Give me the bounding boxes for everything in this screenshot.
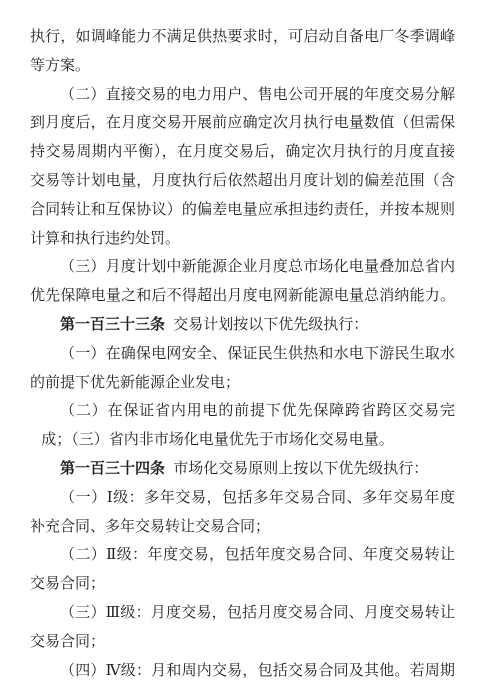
text-line: 交易合同； (30, 627, 455, 656)
line-text: 交易等计划电量，月度执行后依然超出月度计划的偏差范围（含 (30, 171, 455, 189)
line-text: 计算和执行违约处罚。 (30, 229, 180, 247)
line-text: 补充合同、多年交易转让交易合同； (30, 517, 270, 535)
line-text: 交易计划按以下优先级执行： (173, 315, 368, 333)
text-line: 到月度后，在月度交易开展前应确定次月执行电量数值（但需保 (30, 108, 455, 137)
text-line: （三）Ⅲ级：月度交易，包括月度交易合同、月度交易转让 (30, 598, 455, 627)
text-line: 优先保障电量之和后不得超出月度电网新能源电量总消纳能力。 (30, 281, 455, 310)
text-line: （一）Ⅰ级：多年交易，包括多年交易合同、多年交易年度 (30, 483, 455, 512)
text-line: （二）Ⅱ级：年度交易，包括年度交易合同、年度交易转让 (30, 540, 455, 569)
text-line: （四）Ⅳ级：月和周内交易，包括交易合同及其他。若周期 (30, 656, 455, 685)
line-text: 优先保障电量之和后不得超出月度电网新能源电量总消纳能力。 (30, 286, 455, 304)
line-text: （三）Ⅲ级：月度交易，包括月度交易合同、月度交易转让 (60, 603, 455, 621)
text-line: 的前提下优先新能源企业发电； (30, 368, 455, 397)
line-text: 执行，如调峰能力不满足供热要求时，可启动自备电厂冬季调峰 (30, 27, 455, 45)
line-text: （一）在确保电网安全、保证民生供热和水电下游民生取水 (60, 344, 455, 362)
line-text: 的前提下优先新能源企业发电； (30, 373, 240, 391)
line-text: （三）月度计划中新能源企业月度总市场化电量叠加总省内 (60, 257, 455, 275)
text-line: 执行，如调峰能力不满足供热要求时，可启动自备电厂冬季调峰 (30, 22, 455, 51)
text-line: （二）直接交易的电力用户、售电公司开展的年度交易分解 (30, 80, 455, 109)
line-text: （二）Ⅱ级：年度交易，包括年度交易合同、年度交易转让 (60, 545, 455, 563)
text-line: 交易等计划电量，月度执行后依然超出月度计划的偏差范围（含 (30, 166, 455, 195)
text-line: 计算和执行违约处罚。 (30, 224, 455, 253)
line-text: 成；（三）省内非市场化电量优先于市场化交易电量。 (41, 430, 394, 448)
text-line: 等方案。 (30, 51, 455, 80)
line-text: 到月度后，在月度交易开展前应确定次月执行电量数值（但需保 (30, 113, 455, 131)
text-line: （二）在保证省内用电的前提下优先保障跨省跨区交易完 (30, 396, 455, 425)
text-line: 成；（三）省内非市场化电量优先于市场化交易电量。 (30, 425, 455, 454)
line-text: 交易合同； (30, 574, 105, 592)
text-line: 合同转让和互保协议）的偏差电量应承担违约责任，并按本规则 (30, 195, 455, 224)
line-text: 等方案。 (30, 56, 90, 74)
line-text: （二）在保证省内用电的前提下优先保障跨省跨区交易完 (60, 401, 455, 419)
line-text: （二）直接交易的电力用户、售电公司开展的年度交易分解 (60, 85, 455, 103)
text-line: （三）月度计划中新能源企业月度总市场化电量叠加总省内 (30, 252, 455, 281)
text-line-article-134: 第一百三十四条市场化交易原则上按以下优先级执行： (30, 454, 455, 483)
line-text: 持交易周期内平衡），在月度交易后，确定次月执行的月度直接 (30, 142, 455, 160)
line-text: 市场化交易原则上按以下优先级执行： (173, 459, 428, 477)
article-number: 第一百三十四条 (60, 459, 165, 477)
text-line: 补充合同、多年交易转让交易合同； (30, 512, 455, 541)
text-line-article-133: 第一百三十三条交易计划按以下优先级执行： (30, 310, 455, 339)
text-line: （一）在确保电网安全、保证民生供热和水电下游民生取水 (30, 339, 455, 368)
line-text: 合同转让和互保协议）的偏差电量应承担违约责任，并按本规则 (30, 200, 455, 218)
document-page: 执行，如调峰能力不满足供热要求时，可启动自备电厂冬季调峰 等方案。 （二）直接交… (0, 0, 484, 697)
text-line: 持交易周期内平衡），在月度交易后，确定次月执行的月度直接 (30, 137, 455, 166)
line-text: 交易合同； (30, 632, 105, 650)
text-line: 交易合同； (30, 569, 455, 598)
line-text: （一）Ⅰ级：多年交易，包括多年交易合同、多年交易年度 (60, 488, 455, 506)
line-text: （四）Ⅳ级：月和周内交易，包括交易合同及其他。若周期 (60, 661, 455, 679)
article-number: 第一百三十三条 (60, 315, 165, 333)
